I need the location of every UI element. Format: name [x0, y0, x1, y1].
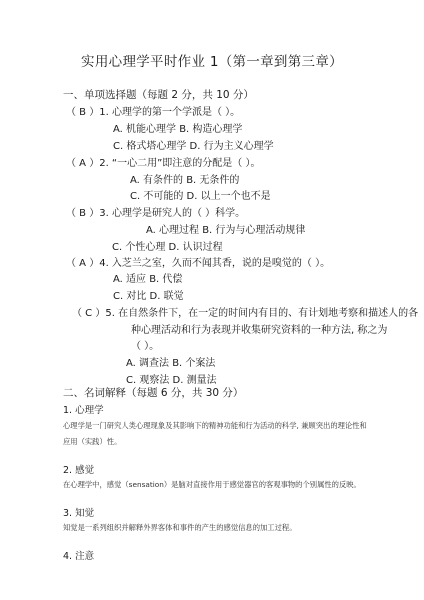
question-3-options-cd: C. 个性心理 D. 认识过程 [112, 238, 223, 253]
question-3-options-ab: A. 心理过程 B. 行为与心理活动规律 [146, 221, 305, 236]
answer-label: （ C ） [72, 308, 105, 319]
section-heading-multiple-choice: 一、单项选择题（每题 2 分，共 10 分） [63, 87, 254, 102]
term-2-definition: 在心理学中，感觉（sensation）是脑对直接作用于感觉器官的客观事物的个别属… [63, 480, 361, 490]
question-5: （ C ）5. 在自然条件下，在一定的时间内有目的、有计划地考察和描述人的各 [72, 304, 418, 319]
question-text: 3. 心理学是研究人的（ ）科学。 [99, 208, 245, 219]
term-4-label: 4. 注意 [63, 548, 94, 562]
question-1-options-cd: C. 格式塔心理学 D. 行为主义心理学 [113, 137, 274, 152]
question-2-options-ab: A. 有条件的 B. 无条件的 [130, 171, 239, 186]
question-1: （ B ）1. 心理学的第一个学派是（ ）。 [66, 103, 240, 118]
question-text: 2. “一心二用”即注意的分配是（ ）。 [99, 158, 260, 169]
question-5-options-cd: C. 观察法 D. 测量法 [126, 371, 217, 386]
term-2-label: 2. 感觉 [63, 462, 94, 476]
section-heading-term-definitions: 二、名词解释（每题 6 分，共 30 分） [63, 385, 243, 400]
question-4-options-ab: A. 适应 B. 代偿 [113, 270, 182, 285]
document-title: 实用心理学平时作业 1（第一章到第三章） [0, 50, 424, 70]
question-4-options-cd: C. 对比 D. 联觉 [113, 287, 184, 302]
answer-label: （ B ） [66, 107, 99, 118]
question-3: （ B ）3. 心理学是研究人的（ ）科学。 [66, 204, 245, 219]
question-5-options-ab: A. 调查法 B. 个案法 [126, 354, 215, 369]
answer-label: （ A ） [66, 258, 99, 269]
term-1-definition-line1: 心理学是一门研究人类心理现象及其影响下的精神功能和行为活动的科学, 兼顾突出的理… [63, 421, 367, 431]
question-5-text-line3: （ ）。 [131, 337, 159, 352]
question-2: （ A ）2. “一心二用”即注意的分配是（ ）。 [66, 154, 260, 169]
question-text: 5. 在自然条件下，在一定的时间内有目的、有计划地考察和描述人的各 [105, 308, 418, 319]
term-3-definition: 知觉是一系列组织并解释外界客体和事件的产生的感觉信息的加工过程。 [63, 523, 297, 533]
question-text: 4. 入芝兰之室，久而不闻其香，说的是嗅觉的（ ）。 [99, 258, 330, 269]
term-1-label: 1. 心理学 [63, 402, 104, 416]
answer-label: （ B ） [66, 208, 99, 219]
question-text: 1. 心理学的第一个学派是（ ）。 [99, 107, 240, 118]
term-1-definition-line2: 应用（实践）性。 [63, 437, 121, 447]
question-1-options-ab: A. 机能心理学 B. 构造心理学 [113, 120, 242, 135]
question-4: （ A ）4. 入芝兰之室，久而不闻其香，说的是嗅觉的（ ）。 [66, 254, 330, 269]
question-5-text-line2: 种心理活动和行为表现并收集研究资料的一种方法, 称之为 [131, 321, 387, 336]
term-3-label: 3. 知觉 [63, 505, 94, 519]
question-2-options-cd: C. 不可能的 D. 以上一个也不是 [130, 187, 271, 202]
answer-label: （ A ） [66, 158, 99, 169]
